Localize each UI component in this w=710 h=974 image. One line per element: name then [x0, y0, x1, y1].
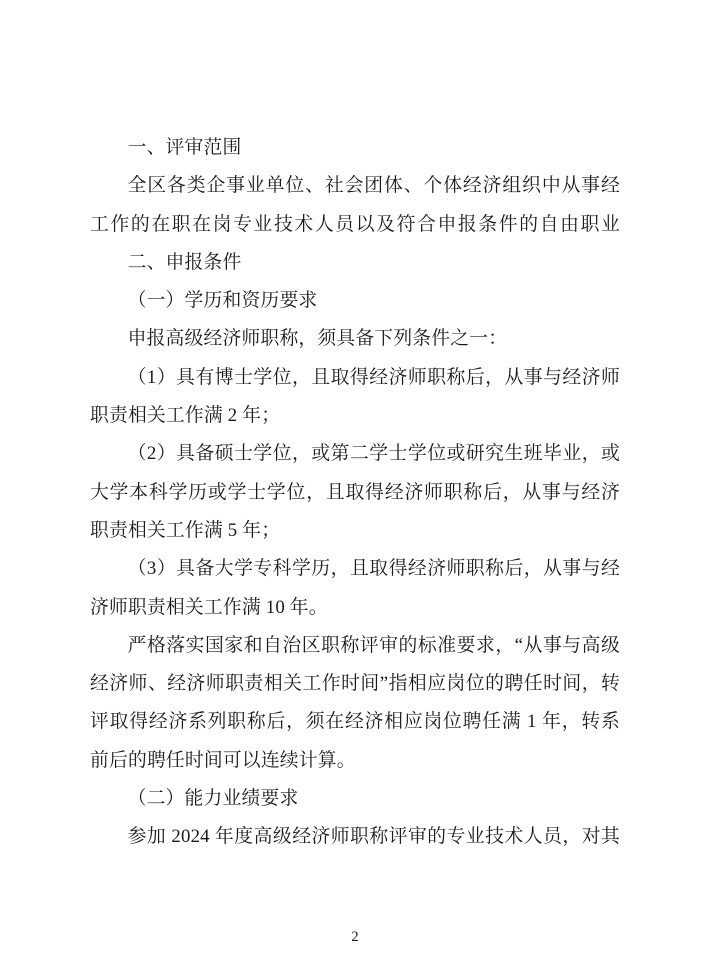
text-line: 职责相关工作满 5 年；: [90, 512, 620, 550]
text-line: 职责相关工作满 2 年；: [90, 397, 620, 435]
text-line: （3）具备大学专科学历，且取得经济师职称后，从事与经: [90, 550, 620, 588]
subsection-heading: （二）能力业绩要求: [90, 780, 620, 818]
document-page: 一、评审范围 全区各类企事业单位、社会团体、个体经济组织中从事经济 工作的在职在…: [0, 0, 710, 974]
text-line: 全区各类企事业单位、社会团体、个体经济组织中从事经济: [90, 167, 620, 205]
subsection-heading: （一）学历和资历要求: [90, 282, 620, 320]
section-heading: 一、评审范围: [90, 129, 620, 167]
text-line: 经济师、经济师职责相关工作时间”指相应岗位的聘任时间，转: [90, 665, 620, 703]
document-body: 一、评审范围 全区各类企事业单位、社会团体、个体经济组织中从事经济 工作的在职在…: [90, 129, 620, 857]
page-number: 2: [0, 928, 710, 946]
text-line: 工作的在职在岗专业技术人员以及符合申报条件的自由职业者。: [90, 206, 620, 244]
text-line: 参加 2024 年度高级经济师职称评审的专业技术人员，对其: [90, 818, 620, 856]
text-line: （1）具有博士学位，且取得经济师职称后，从事与经济师: [90, 359, 620, 397]
text-line: 严格落实国家和自治区职称评审的标准要求，“从事与高级: [90, 627, 620, 665]
text-line: 前后的聘任时间可以连续计算。: [90, 742, 620, 780]
text-line: 申报高级经济师职称，须具备下列条件之一：: [90, 320, 620, 358]
text-line: 济师职责相关工作满 10 年。: [90, 589, 620, 627]
text-line: 评取得经济系列职称后，须在经济相应岗位聘任满 1 年，转系列: [90, 703, 620, 741]
text-line: 大学本科学历或学士学位，且取得经济师职称后，从事与经济师: [90, 474, 620, 512]
text-line: （2）具备硕士学位，或第二学士学位或研究生班毕业，或: [90, 435, 620, 473]
section-heading: 二、申报条件: [90, 244, 620, 282]
